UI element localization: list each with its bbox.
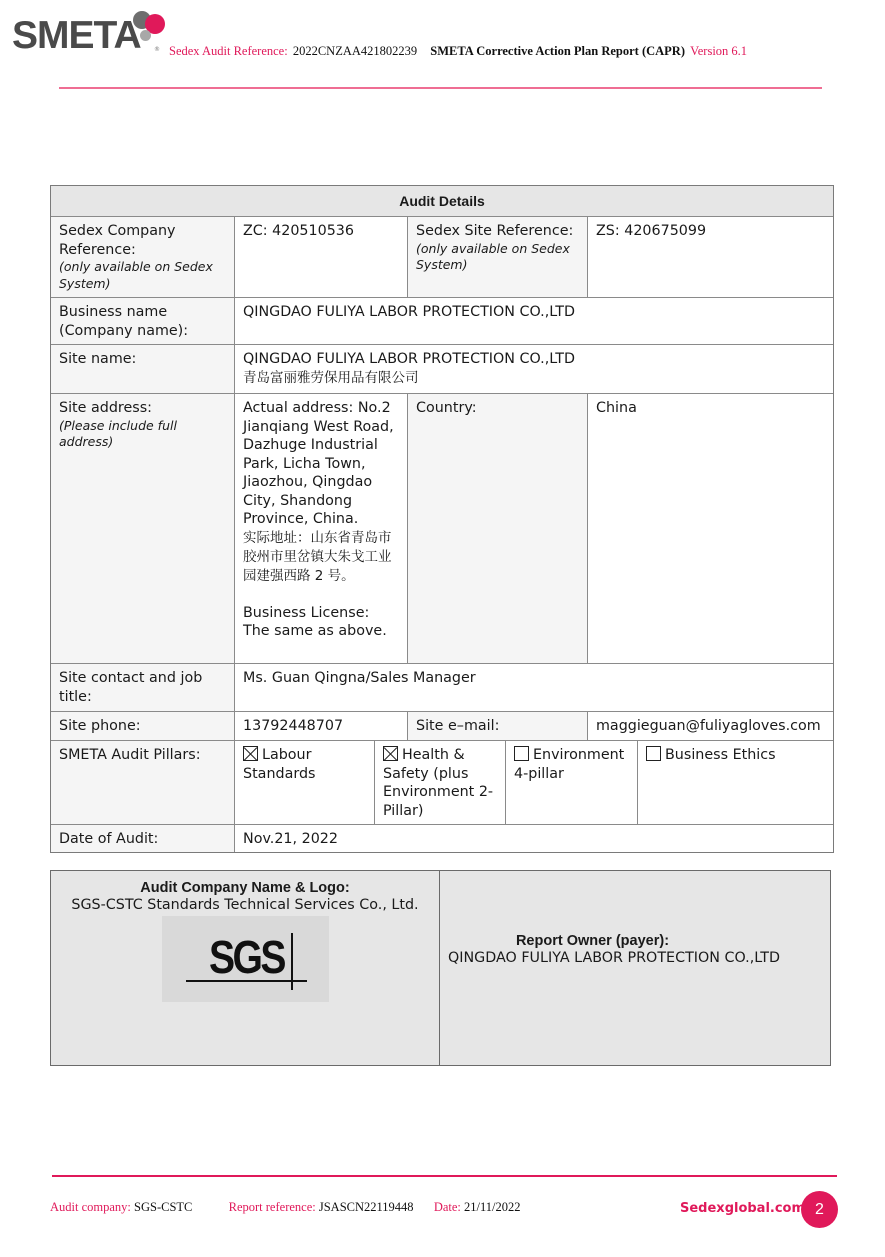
audit-date-label: Date of Audit:: [51, 825, 234, 852]
site-address-note: (Please include full address): [59, 418, 226, 451]
header-divider: [59, 87, 822, 89]
business-name-value: QINGDAO FULIYA LABOR PROTECTION CO.,LTD: [234, 298, 833, 344]
footer-info: Audit company: SGS-CSTC Report reference…: [50, 1200, 521, 1215]
table-row: SMETA Audit Pillars: Labour Standards He…: [51, 740, 833, 824]
table-row: Site contact and job title: Ms. Guan Qin…: [51, 663, 833, 711]
page-number-badge: 2: [801, 1191, 838, 1228]
audit-company-box: Audit Company Name & Logo: SGS-CSTC Stan…: [51, 871, 440, 1065]
site-phone-value: 13792448707: [234, 712, 407, 740]
site-email-label: Site e–mail:: [407, 712, 587, 740]
site-ref-value: ZS: 420675099: [587, 217, 833, 297]
business-name-label: Business name (Company name):: [51, 298, 234, 344]
site-address-english: Actual address: No.2 Jianqiang West Road…: [243, 399, 399, 529]
checkbox-icon[interactable]: [383, 746, 398, 761]
footer-divider: [52, 1175, 837, 1177]
audit-company-label: Audit Company Name & Logo:: [51, 880, 439, 896]
sedex-site-link[interactable]: Sedexglobal.com: [680, 1201, 805, 1216]
sgs-logo-cross: [291, 933, 293, 990]
footer-audit-company-label: Audit company:: [50, 1200, 131, 1214]
report-owner-value: QINGDAO FULIYA LABOR PROTECTION CO.,LTD: [448, 950, 822, 966]
audit-ref-label: Sedex Audit Reference:: [169, 44, 288, 58]
pillar-environment[interactable]: Environment 4-pillar: [505, 741, 637, 824]
report-title: SMETA Corrective Action Plan Report (CAP…: [430, 44, 685, 58]
company-ref-label: Sedex Company Reference:: [59, 223, 176, 258]
pillars-label: SMETA Audit Pillars:: [51, 741, 234, 824]
site-ref-label-cell: Sedex Site Reference: (only available on…: [407, 217, 587, 297]
site-name-label: Site name:: [51, 345, 234, 393]
company-ref-label-cell: Sedex Company Reference: (only available…: [51, 217, 234, 297]
company-ref-value: ZC: 420510536: [234, 217, 407, 297]
report-owner-box: Report Owner (payer): QINGDAO FULIYA LAB…: [440, 871, 830, 1065]
table-title: Audit Details: [51, 186, 833, 216]
footer-date-value: 21/11/2022: [464, 1200, 520, 1214]
site-ref-note: (only available on Sedex System): [416, 241, 579, 274]
site-address-chinese: 实际地址：山东省青岛市胶州市里岔镇大朱戈工业园建强西路 2 号。: [243, 529, 399, 586]
checkbox-icon[interactable]: [646, 746, 661, 761]
table-row: Site address: (Please include full addre…: [51, 393, 833, 663]
site-name-cell: QINGDAO FULIYA LABOR PROTECTION CO.,LTD …: [234, 345, 833, 393]
pillar-business-ethics[interactable]: Business Ethics: [637, 741, 833, 824]
audit-date-value: Nov.21, 2022: [234, 825, 833, 852]
site-contact-value: Ms. Guan Qingna/Sales Manager: [234, 664, 833, 711]
table-row: Sedex Company Reference: (only available…: [51, 216, 833, 297]
business-license-note: Business License: The same as above.: [243, 604, 399, 641]
site-contact-label: Site contact and job title:: [51, 664, 234, 711]
registered-mark: ®: [154, 46, 160, 53]
site-ref-label: Sedex Site Reference:: [416, 223, 573, 239]
country-value: China: [587, 394, 833, 663]
site-address-label-cell: Site address: (Please include full addre…: [51, 394, 234, 663]
header-line: Sedex Audit Reference: 2022CNZAA42180223…: [169, 44, 747, 59]
company-owner-table: Audit Company Name & Logo: SGS-CSTC Stan…: [50, 870, 831, 1066]
site-name-value: QINGDAO FULIYA LABOR PROTECTION CO.,LTD: [243, 350, 825, 369]
sgs-logo-text: SGS: [209, 934, 284, 980]
report-version: Version 6.1: [690, 44, 747, 58]
pillar-labour[interactable]: Labour Standards: [234, 741, 374, 824]
table-row: Date of Audit: Nov.21, 2022: [51, 824, 833, 852]
sgs-logo-line: [186, 980, 307, 982]
pillar-label: Business Ethics: [665, 747, 776, 763]
table-row: Site phone: 13792448707 Site e–mail: mag…: [51, 711, 833, 740]
table-row: Site name: QINGDAO FULIYA LABOR PROTECTI…: [51, 344, 833, 393]
pillar-label: Environment 4-pillar: [514, 747, 624, 782]
audit-company-value: SGS-CSTC Standards Technical Services Co…: [51, 897, 439, 913]
report-owner-label: Report Owner (payer):: [363, 933, 822, 949]
site-name-chinese: 青岛富丽雅劳保用品有限公司: [243, 369, 825, 388]
audit-details-table: Audit Details Sedex Company Reference: (…: [50, 185, 834, 853]
logo-text: SMETA: [12, 16, 141, 56]
checkbox-icon[interactable]: [243, 746, 258, 761]
footer-audit-company-value: SGS-CSTC: [134, 1200, 192, 1214]
smeta-logo: SMETA ®: [12, 6, 167, 56]
site-email-value: maggieguan@fuliyagloves.com: [587, 712, 833, 740]
footer-date-label: Date:: [434, 1200, 461, 1214]
company-ref-note: (only available on Sedex System): [59, 259, 226, 292]
country-label: Country:: [407, 394, 587, 663]
site-address-label: Site address:: [59, 400, 152, 416]
audit-ref-value: 2022CNZAA421802239: [293, 44, 417, 58]
footer-report-ref-value: JSASCN22119448: [319, 1200, 414, 1214]
site-phone-label: Site phone:: [51, 712, 234, 740]
footer-report-ref-label: Report reference:: [229, 1200, 316, 1214]
logo-dot-light-icon: [140, 30, 151, 41]
checkbox-icon[interactable]: [514, 746, 529, 761]
table-row: Business name (Company name): QINGDAO FU…: [51, 297, 833, 344]
sgs-logo: SGS: [162, 916, 329, 1002]
pillar-health-safety[interactable]: Health & Safety (plus Environment 2-Pill…: [374, 741, 505, 824]
pillar-label: Health & Safety (plus Environment 2-Pill…: [383, 747, 493, 819]
site-address-value-cell: Actual address: No.2 Jianqiang West Road…: [234, 394, 407, 663]
